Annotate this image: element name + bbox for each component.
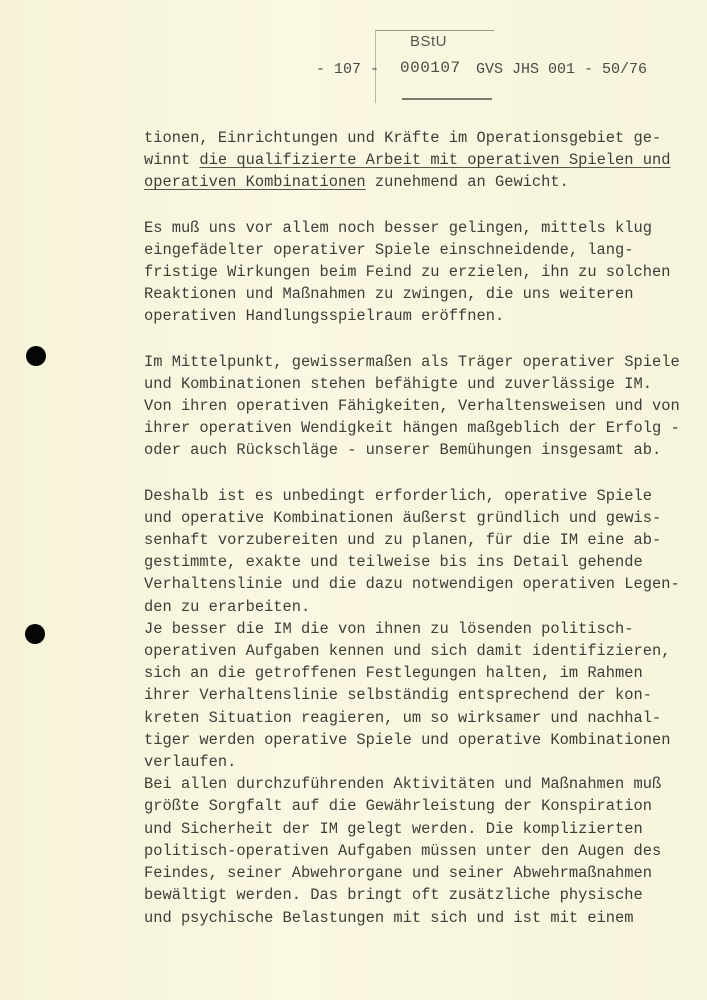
document-page: BStU 000107 - 107 - GVS JHS 001 - 50/76 … <box>0 0 707 1000</box>
underlined-emphasis: operativen Kombinationen <box>144 173 366 191</box>
text-line: oder auch Rückschläge - unserer Bemühung… <box>144 439 684 461</box>
text-line: den zu erarbeiten. <box>144 596 684 618</box>
text-line: politisch-operativen Aufgaben müssen unt… <box>144 840 684 862</box>
text-line: gestimmte, exakte und teilweise bis ins … <box>144 551 684 573</box>
stamp-underline <box>402 98 492 100</box>
archive-stamp-number: 000107 <box>400 59 461 77</box>
text-line: Von ihren operativen Fähigkeiten, Verhal… <box>144 395 684 417</box>
paragraph: Es muß uns vor allem noch besser gelinge… <box>144 217 684 328</box>
paragraph: Bei allen durchzuführenden Aktivitäten u… <box>144 773 684 928</box>
text-line: eingefädelter operativer Spiele einschne… <box>144 239 684 261</box>
text-line: ihrer operativen Wendigkeit hängen maßge… <box>144 417 684 439</box>
text-line: fristige Wirkungen beim Feind zu erziele… <box>144 261 684 283</box>
underlined-emphasis: die qualifizierte Arbeit mit operativen … <box>199 151 670 169</box>
text-line: winnt die qualifizierte Arbeit mit opera… <box>144 149 684 171</box>
paragraph: Im Mittelpunkt, gewissermaßen als Träger… <box>144 351 684 462</box>
paragraph: tionen, Einrichtungen und Kräfte im Oper… <box>144 127 684 194</box>
text-line: und operative Kombinationen äußerst grün… <box>144 507 684 529</box>
text-line: Im Mittelpunkt, gewissermaßen als Träger… <box>144 351 684 373</box>
text-line: und psychische Belastungen mit sich und … <box>144 907 684 929</box>
text-line: Es muß uns vor allem noch besser gelinge… <box>144 217 684 239</box>
text-line: Je besser die IM die von ihnen zu lösend… <box>144 618 684 640</box>
text-line: und Kombinationen stehen befähigte und z… <box>144 373 684 395</box>
text-line: und Sicherheit der IM gelegt werden. Die… <box>144 818 684 840</box>
text-line: tionen, Einrichtungen und Kräfte im Oper… <box>144 127 684 149</box>
text-line: senhaft vorzubereiten und zu planen, für… <box>144 529 684 551</box>
punch-hole <box>26 346 46 366</box>
text-line: sich an die getroffenen Festlegungen hal… <box>144 662 684 684</box>
text-line: tiger werden operative Spiele und operat… <box>144 729 684 751</box>
body-text: tionen, Einrichtungen und Kräfte im Oper… <box>144 127 684 929</box>
text-line: Verhaltenslinie und die dazu notwendigen… <box>144 573 684 595</box>
archive-stamp-label: BStU <box>410 33 447 50</box>
text-line: größte Sorgfalt auf die Gewährleistung d… <box>144 795 684 817</box>
text-line: Bei allen durchzuführenden Aktivitäten u… <box>144 773 684 795</box>
paragraph: Deshalb ist es unbedingt erforderlich, o… <box>144 485 684 618</box>
text-line: operativen Handlungsspielraum eröffnen. <box>144 305 684 327</box>
text-line: Deshalb ist es unbedingt erforderlich, o… <box>144 485 684 507</box>
punch-hole <box>25 624 45 644</box>
document-reference: GVS JHS 001 - 50/76 <box>476 61 647 78</box>
text-line: operativen Aufgaben kennen und sich dami… <box>144 640 684 662</box>
text-line: Reaktionen und Maßnahmen zu zwingen, die… <box>144 283 684 305</box>
text-line: kreten Situation reagieren, um so wirksa… <box>144 707 684 729</box>
text-line: Feindes, seiner Abwehrorgane und seiner … <box>144 862 684 884</box>
text-line: operativen Kombinationen zunehmend an Ge… <box>144 171 684 193</box>
text-line: verlaufen. <box>144 751 684 773</box>
text-line: bewältigt werden. Das bringt oft zusätzl… <box>144 884 684 906</box>
page-number: - 107 - <box>316 61 379 78</box>
paragraph: Je besser die IM die von ihnen zu lösend… <box>144 618 684 773</box>
text-line: ihrer Verhaltenslinie selbständig entspr… <box>144 684 684 706</box>
